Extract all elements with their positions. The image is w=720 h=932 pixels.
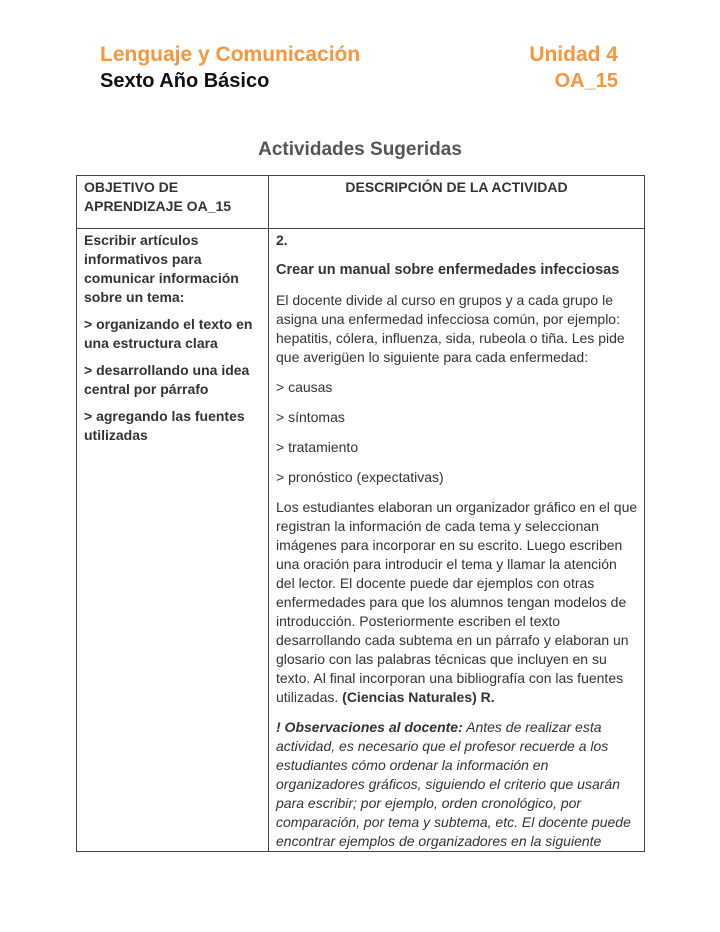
oa-label: OA_15: [529, 68, 618, 94]
table-header-row: OBJETIVO DE APRENDIZAJE OA_15 DESCRIPCIÓ…: [77, 176, 645, 229]
activity-item: > tratamiento: [276, 438, 638, 457]
page-header-right: Unidad 4 OA_15: [529, 42, 618, 94]
objective-item: > organizando el texto en una estructura…: [84, 315, 261, 353]
observations-label: ! Observaciones al docente:: [276, 719, 463, 735]
objective-cell: Escribir artículos informativos para com…: [77, 229, 269, 852]
objective-intro: Escribir artículos informativos para com…: [84, 231, 261, 307]
observations-text: Antes de realizar esta actividad, es nec…: [276, 719, 631, 849]
activity-title: Crear un manual sobre enfermedades infec…: [276, 261, 638, 280]
unit-label: Unidad 4: [529, 42, 618, 68]
activity-item: > síntomas: [276, 408, 638, 427]
table-row: Escribir artículos informativos para com…: [77, 229, 645, 852]
activity-subject-tag: (Ciencias Naturales) R.: [342, 689, 495, 705]
column-header-objective: OBJETIVO DE APRENDIZAJE OA_15: [77, 176, 269, 229]
section-title: Actividades Sugeridas: [0, 139, 720, 161]
activity-item: > causas: [276, 378, 638, 397]
activity-item: > pronóstico (expectativas): [276, 468, 638, 487]
teacher-observations: ! Observaciones al docente: Antes de rea…: [276, 718, 638, 851]
subject-title: Lenguaje y Comunicación: [100, 42, 360, 68]
grade-title: Sexto Año Básico: [100, 68, 360, 94]
page-header-left: Lenguaje y Comunicación Sexto Año Básico: [100, 42, 360, 94]
objective-item: > agregando las fuentes utilizadas: [84, 407, 261, 445]
objective-item: > desarrollando una idea central por pár…: [84, 361, 261, 399]
activity-number: 2.: [276, 231, 638, 250]
activity-body-text: Los estudiantes elaboran un organizador …: [276, 499, 637, 705]
description-cell: 2. Crear un manual sobre enfermedades in…: [269, 229, 645, 852]
column-header-description: DESCRIPCIÓN DE LA ACTIVIDAD: [269, 176, 645, 229]
activity-intro: El docente divide al curso en grupos y a…: [276, 291, 638, 367]
activity-body: Los estudiantes elaboran un organizador …: [276, 498, 638, 707]
activity-table: OBJETIVO DE APRENDIZAJE OA_15 DESCRIPCIÓ…: [76, 175, 645, 852]
